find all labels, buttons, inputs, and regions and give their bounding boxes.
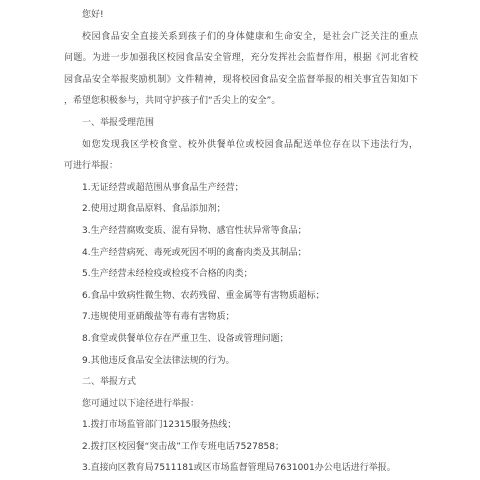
doc-line-greeting: 您好! (64, 5, 418, 27)
section-1-intro-line-2: 可进行举报： (64, 156, 418, 178)
report-scope-item-6: 6.食品中致病性微生物、农药残留、重金属等有害物质超标； (64, 286, 418, 308)
doc-intro-line-4: ，希望您积极参与，共同守护孩子们“舌尖上的安全”。 (64, 91, 418, 113)
notice-document: 您好! 校园食品安全直接关系到孩子们的身体健康和生命安全，是社会广泛关注的重点 … (0, 0, 480, 480)
report-scope-item-9: 9.其他违反食品安全法律法规的行为。 (64, 351, 418, 373)
doc-intro-line-3: 园食品安全举报奖励机制》文件精神，现将校园食品安全监督举报的相关事宜告知如下 (64, 70, 418, 92)
report-scope-item-1: 1.无证经营或超范围从事食品生产经营； (64, 178, 418, 200)
doc-intro-line-1: 校园食品安全直接关系到孩子们的身体健康和生命安全，是社会广泛关注的重点 (64, 27, 418, 49)
report-scope-item-7: 7.违规使用亚硝酸盐等有毒有害物质； (64, 307, 418, 329)
report-method-item-1: 1.拨打市场监管部门12315服务热线； (64, 415, 418, 437)
doc-intro-line-2: 问题。为进一步加强我区校园食品安全管理，充分发挥社会监督作用，根据《河北省校 (64, 48, 418, 70)
section-2-intro: 您可通过以下途径进行举报： (64, 394, 418, 416)
report-scope-item-2: 2.使用过期食品原料、食品添加剂； (64, 199, 418, 221)
section-1-heading: 一、举报受理范围 (64, 113, 418, 135)
section-1-intro-line-1: 如您发现我区学校食堂、校外供餐单位或校园食品配送单位存在以下违法行为， (64, 135, 418, 157)
report-method-item-2: 2.拨打区校园餐“突击战”工作专班电话7527858； (64, 437, 418, 459)
report-scope-item-5: 5.生产经营未经检疫或检疫不合格的肉类； (64, 264, 418, 286)
section-2-heading: 二、举报方式 (64, 372, 418, 394)
report-scope-item-8: 8.食堂或供餐单位存在严重卫生、设备或管理问题； (64, 329, 418, 351)
report-method-item-3: 3.直接向区教育局7511181或区市场监督管理局7631001办公电话进行举报… (64, 458, 418, 480)
report-scope-item-4: 4.生产经营病死、毒死或死因不明的禽畜肉类及其制品； (64, 243, 418, 265)
report-scope-item-3: 3.生产经营腐败变质、混有异物、感官性状异常等食品； (64, 221, 418, 243)
